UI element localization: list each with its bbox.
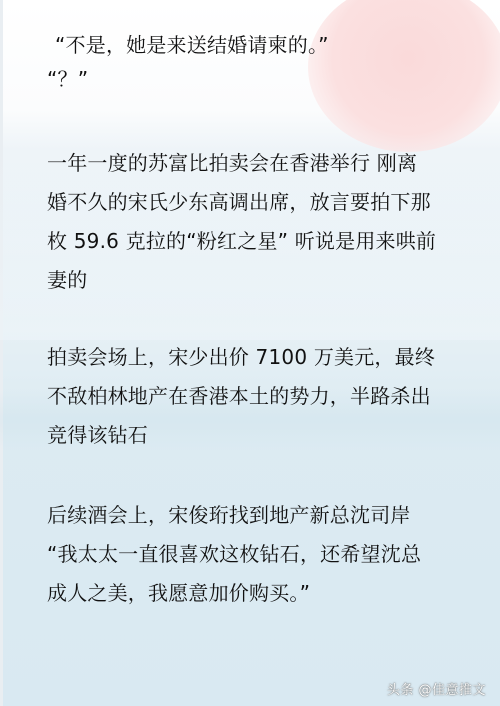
paragraph-line: 后续酒会上，宋俊珩找到地产新总沈司岸: [47, 503, 411, 527]
dialogue-line: “不是，她是来送结婚请柬的。”: [55, 33, 329, 57]
source-watermark: 头条 @佳意推文: [387, 679, 486, 698]
paragraph-line: 枚 59.6 克拉的“粉红之星” 听说是用来哄前: [47, 229, 436, 253]
background-sun-decoration: [308, 0, 500, 152]
dialogue-line: “？”: [47, 67, 88, 91]
paragraph-line: 妻的: [47, 268, 87, 292]
paragraph-line: 婚不久的宋氏少东高调出席，放言要拍下那: [47, 190, 431, 214]
paragraph-line: 成人之美，我愿意加价购买。”: [47, 581, 310, 605]
frame-edge: [0, 0, 3, 706]
paragraph-line: 竞得该钻石: [47, 423, 148, 447]
paragraph-line: 一年一度的苏富比拍卖会在香港举行 刚离: [47, 151, 417, 175]
paragraph-line: 拍卖会场上，宋少出价 7100 万美元，最终: [47, 345, 435, 369]
paragraph-line: “我太太一直很喜欢这枚钻石，还希望沈总: [47, 542, 421, 566]
paragraph-line: 不敌柏林地产在香港本土的势力，半路杀出: [47, 384, 431, 408]
